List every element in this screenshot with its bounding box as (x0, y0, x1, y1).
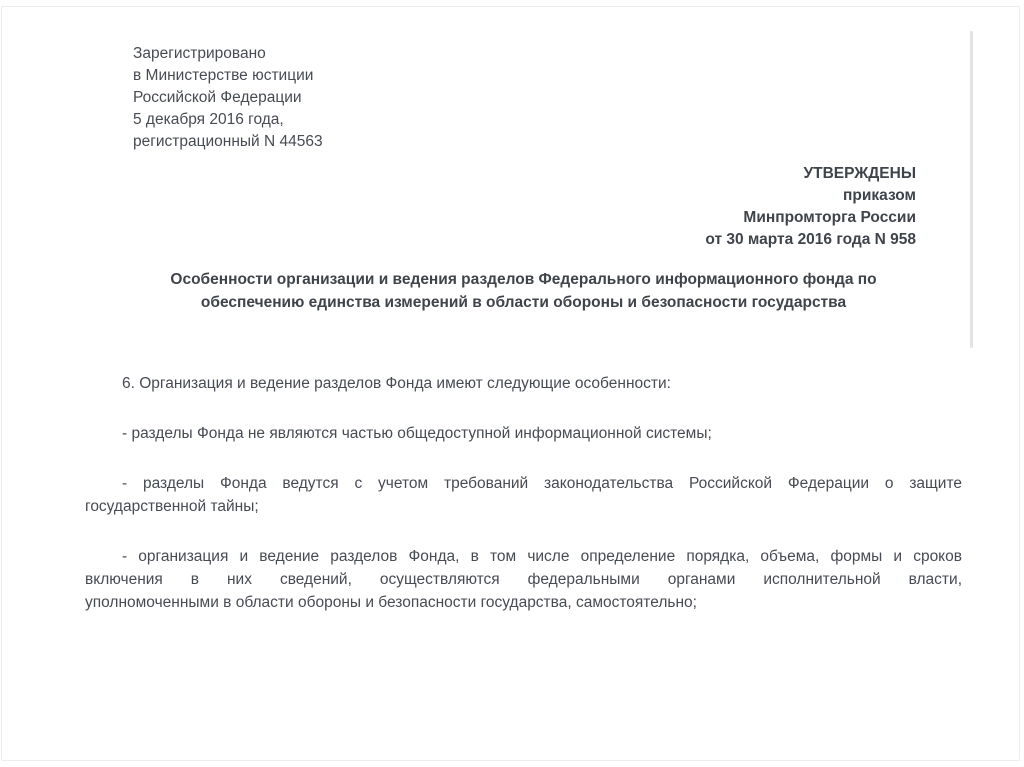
body-line: уполномоченными в области обороны и безо… (85, 591, 962, 614)
body-line: - разделы Фонда ведутся с учетом требова… (85, 472, 962, 495)
registration-stamp: Зарегистрировано в Министерстве юстиции … (133, 43, 323, 153)
registration-line: в Министерстве юстиции (133, 65, 323, 87)
body-line: государственной тайны; (85, 495, 962, 518)
registration-line: Зарегистрировано (133, 43, 323, 65)
registration-line: Российской Федерации (133, 87, 323, 109)
title-line: Особенности организации и ведения раздел… (85, 268, 962, 291)
paragraph-2: - разделы Фонда не являются частью общед… (85, 422, 962, 445)
body-line: включения в них сведений, осуществляются… (85, 568, 962, 591)
document-body: 6. Организация и ведение разделов Фонда … (85, 372, 962, 641)
document-title: Особенности организации и ведения раздел… (85, 268, 962, 314)
scrollbar-thumb[interactable] (970, 31, 973, 348)
registration-line: 5 декабря 2016 года, (133, 109, 323, 131)
body-line: - организация и ведение разделов Фонда, … (85, 545, 962, 568)
paragraph-4: - организация и ведение разделов Фонда, … (85, 545, 962, 614)
paragraph-3: - разделы Фонда ведутся с учетом требова… (85, 472, 962, 518)
approval-line: приказом (705, 185, 916, 207)
registration-line: регистрационный N 44563 (133, 131, 323, 153)
title-line: обеспечению единства измерений в области… (85, 291, 962, 314)
paragraph-1: 6. Организация и ведение разделов Фонда … (85, 372, 962, 395)
approval-line: от 30 марта 2016 года N 958 (705, 229, 916, 251)
body-line: 6. Организация и ведение разделов Фонда … (85, 372, 962, 395)
body-line: - разделы Фонда не являются частью общед… (85, 422, 962, 445)
document-page: Зарегистрировано в Министерстве юстиции … (0, 0, 1024, 767)
approval-stamp: УТВЕРЖДЕНЫ приказом Минпромторга России … (705, 163, 916, 251)
approval-line: Минпромторга России (705, 207, 916, 229)
approval-line: УТВЕРЖДЕНЫ (705, 163, 916, 185)
